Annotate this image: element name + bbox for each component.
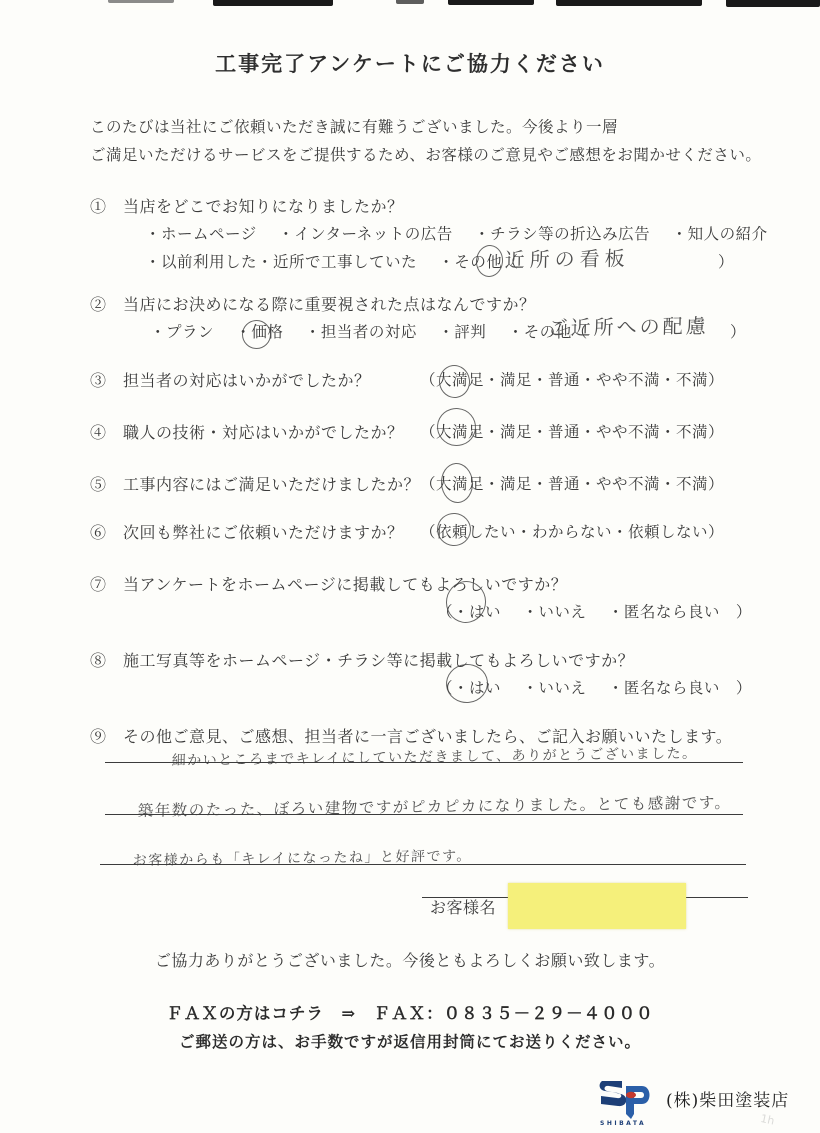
intro-line-2: ご満足いただけるサービスをご提供するため、お客様のご意見やご感想をお聞かせくださ… [90, 143, 761, 165]
circle-annotation-q2 [242, 320, 271, 349]
sp-logo-icon: SHIBATA [598, 1078, 660, 1126]
handwritten-comment-2: 築年数のたった、ぼろい建物ですがピカピカになりました。とても感謝です。 [138, 791, 732, 821]
question-1: ① 当店をどこでお知りになりましたか？ [90, 194, 404, 217]
scan-artifact [108, 0, 174, 3]
fax-instruction: ＦＡＸの方はコチラ ⇒ ＦＡＸ：０８３５－２９－４０００ [0, 1000, 820, 1024]
circle-annotation-q1 [474, 244, 504, 279]
question-1-close-paren: ） [718, 250, 734, 272]
question-2: ② 当店にお決めになる際に重要視された点はなんですか？ [90, 292, 536, 315]
handwritten-answer-q2: ご近所への配慮 [547, 310, 709, 341]
question-7: ⑦ 当アンケートをホームページに掲載してもよろしいですか？ [90, 572, 567, 595]
scan-artifact [448, 0, 534, 5]
handwritten-answer-q1: 近所の看板 [504, 242, 630, 273]
question-3: ③ 担当者の対応はいかがでしたか？ [90, 368, 371, 391]
scan-artifact [213, 0, 333, 6]
scanned-survey-form: 工事完了アンケートにご協力ください このたびは当社にご依頼いただき誠に有難うござ… [0, 0, 820, 1133]
scan-artifact [556, 0, 702, 6]
question-1-options-row1: ・ホームページ ・インターネットの広告 ・チラシ等の折込み広告 ・知人の紹介 [145, 222, 768, 244]
question-2-options: ・プラン ・価格 ・担当者の対応 ・評判 ・その他（ [150, 320, 588, 342]
comment-rule-3 [100, 864, 746, 865]
page-title: 工事完了アンケートにご協力ください [0, 48, 820, 78]
question-8: ⑧ 施工写真等をホームページ・チラシ等に掲載してもよろしいですか？ [90, 648, 634, 671]
svg-text:SHIBATA: SHIBATA [600, 1120, 646, 1126]
circle-annotation-q5 [440, 462, 475, 504]
mail-instruction: ご郵送の方は、お手数ですが返信用封筒にてお送りください。 [0, 1030, 820, 1052]
closing-thanks: ご協力ありがとうございました。今後ともよろしくお願い致します。 [0, 948, 820, 971]
company-name: (株)柴田塗装店 [666, 1086, 789, 1111]
question-1-options-row2: ・以前利用した・近所で工事していた ・その他（ [145, 250, 518, 272]
question-5: ⑤ 工事内容にはご満足いただけましたか？ [90, 472, 420, 495]
question-2-close-paren: ） [730, 320, 746, 342]
handwritten-comment-3: お客様からも「キレイになったね」と好評です。 [133, 845, 472, 870]
intro-line-1: このたびは当社にご依頼いただき誠に有難うございました。今後より一層 [90, 115, 618, 137]
question-4: ④ 職人の技術・対応はいかがでしたか？ [90, 420, 404, 443]
scan-artifact [396, 0, 424, 4]
scan-artifact [726, 0, 820, 7]
customer-name-label: お客様名 [430, 895, 496, 918]
comment-rule-1 [105, 762, 743, 763]
comment-rule-2 [105, 814, 743, 815]
company-logo: SHIBATA [598, 1078, 660, 1126]
question-6: ⑥ 次回も弊社にご依頼いただけますか？ [90, 520, 404, 543]
customer-name-redaction [508, 883, 686, 929]
pencil-mark: 1h [759, 1112, 775, 1128]
